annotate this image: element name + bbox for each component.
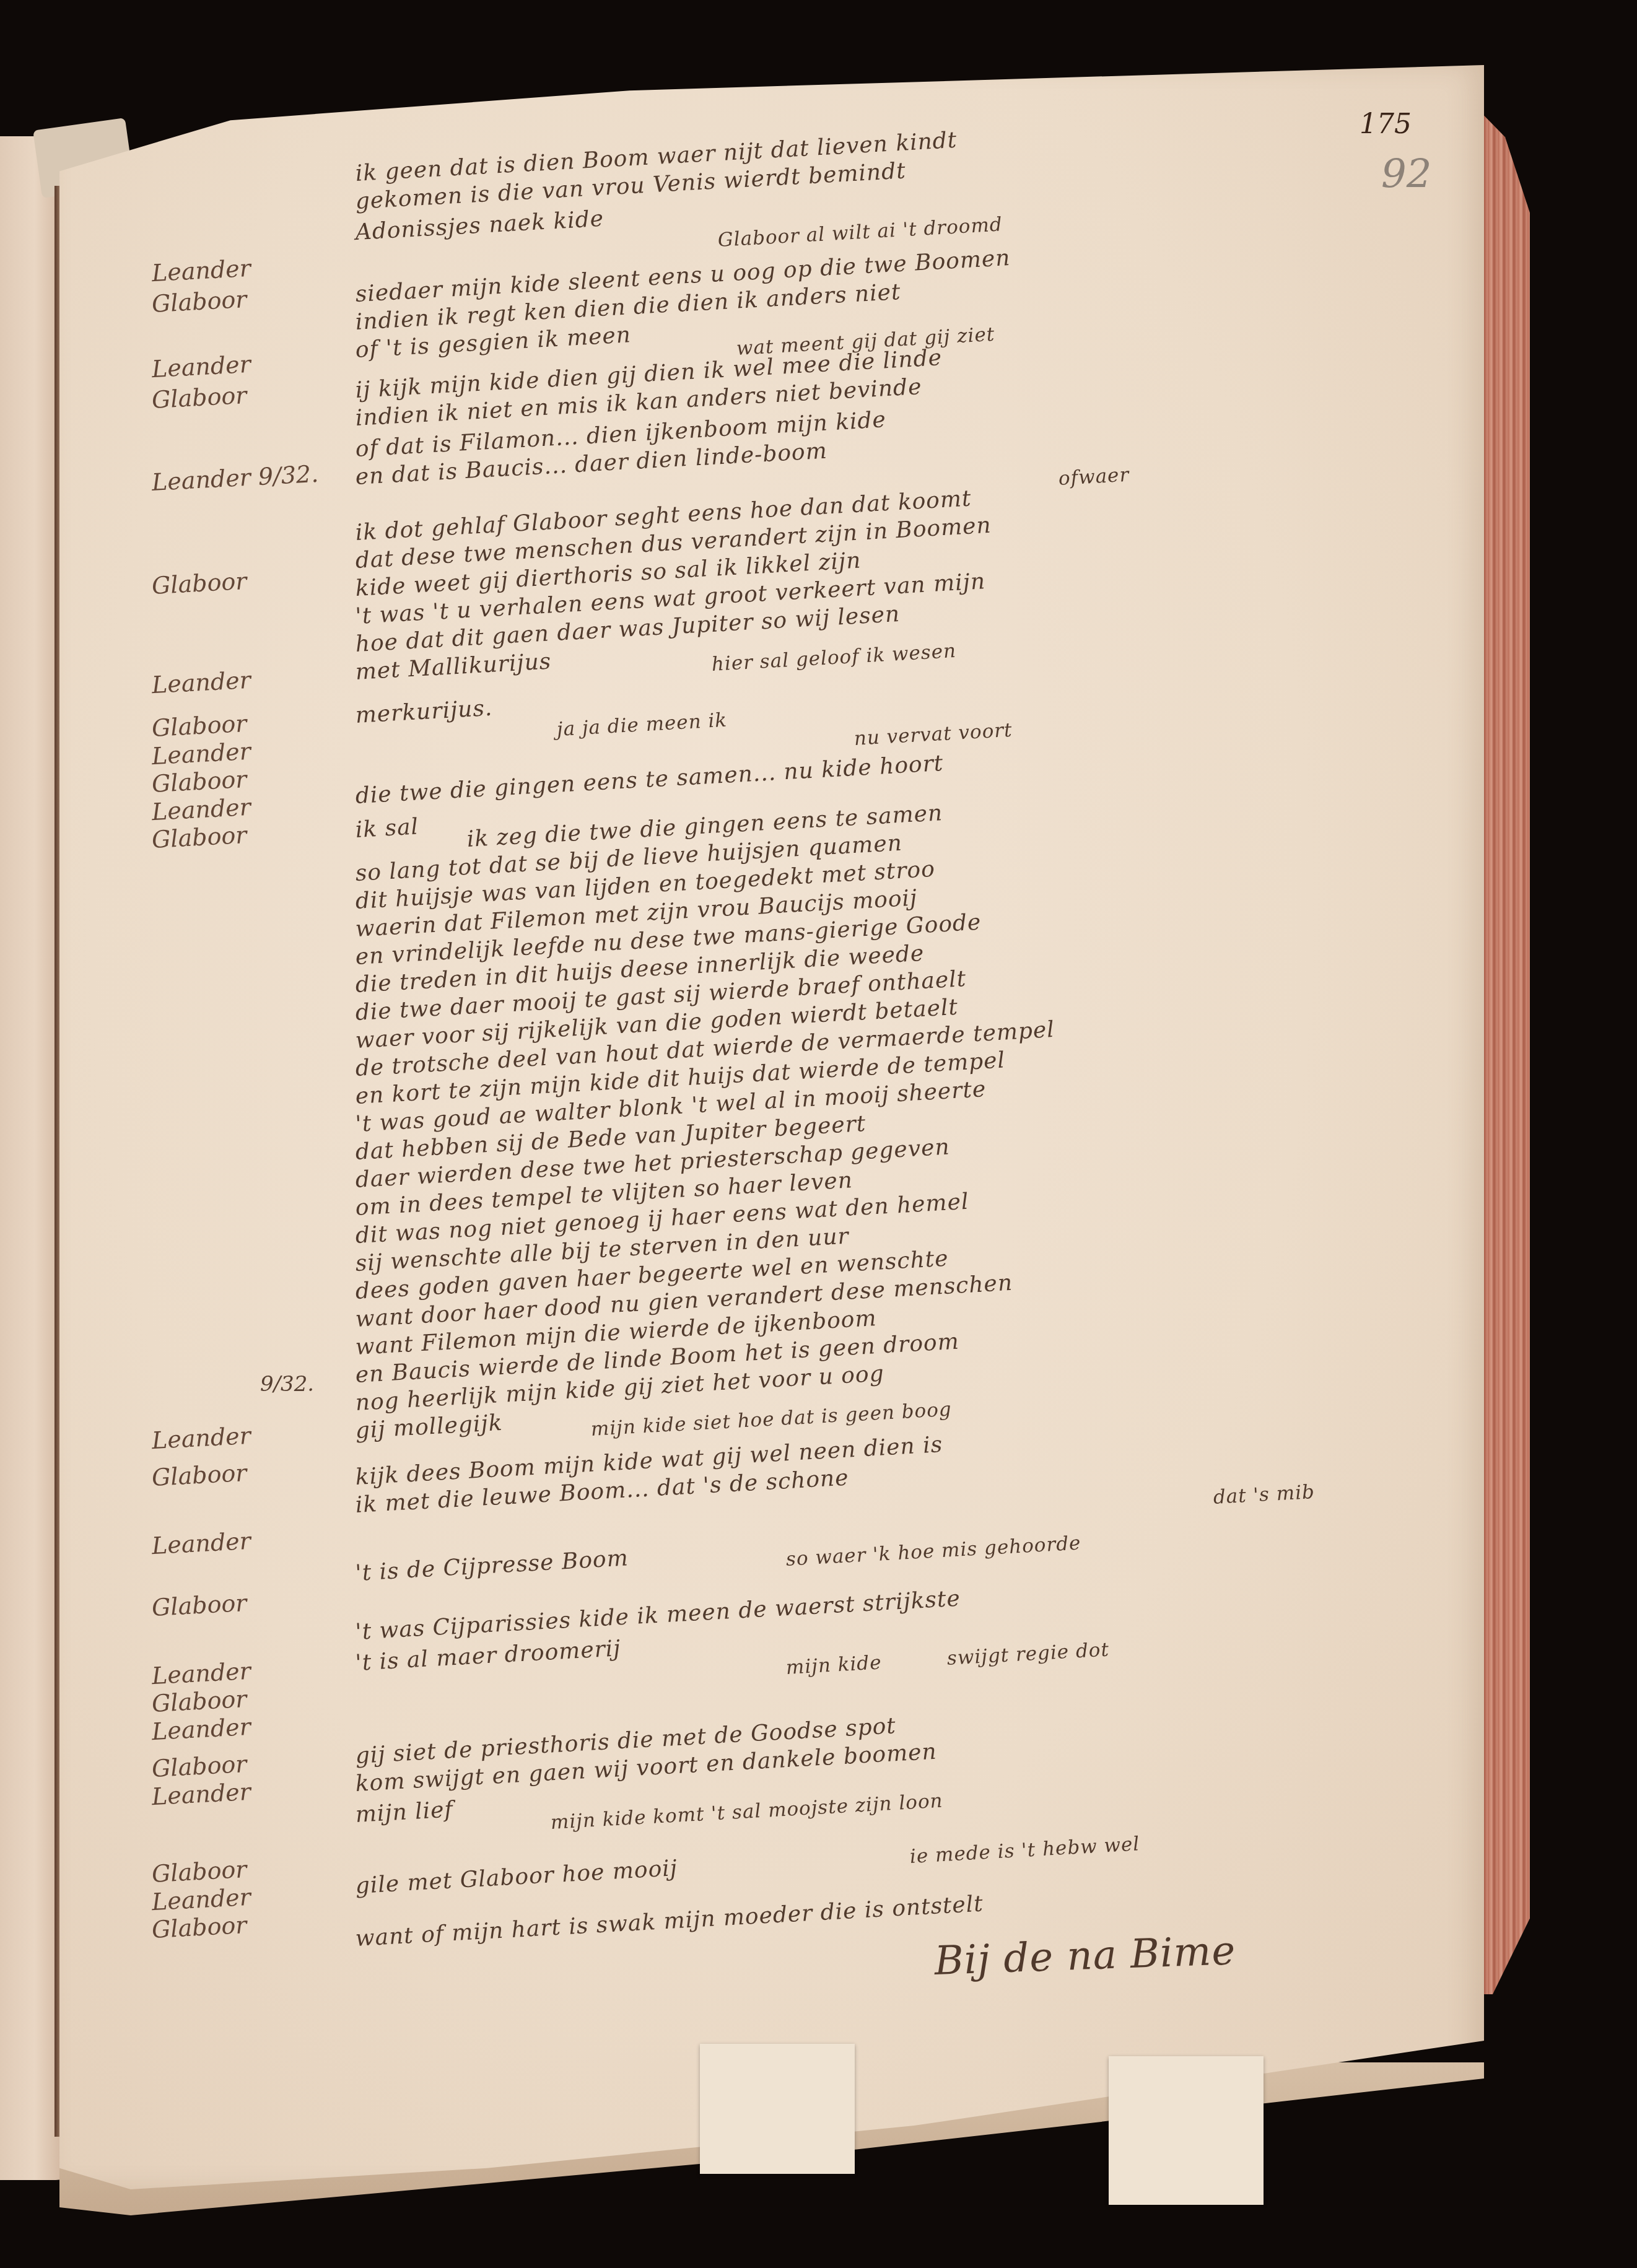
speaker-label: Leander (151, 1713, 251, 1745)
speaker-label: Glaboor (151, 1911, 248, 1943)
speaker-label: Glaboor (151, 765, 248, 798)
speaker-label: Glaboor (151, 1459, 248, 1491)
text-line: ofwaer (1058, 464, 1130, 490)
speaker-label: Glaboor (151, 710, 248, 742)
speaker-label: Leander (151, 1883, 251, 1916)
folio-number-pencil: 92 (1381, 152, 1431, 198)
paper-slip (700, 2044, 855, 2174)
paper-slip (1109, 2056, 1264, 2205)
speaker-label: Glaboor (151, 567, 248, 600)
speaker-label: Leander (151, 1778, 251, 1810)
speaker-label: Glaboor (151, 1856, 248, 1888)
text-line: ik sal (355, 814, 419, 843)
speaker-label: Glaboor (151, 821, 248, 853)
folio-number-ink: 175 (1360, 108, 1412, 140)
speaker-label: Leander (151, 738, 251, 770)
speaker-label: Glaboor (151, 1589, 248, 1621)
speaker-label: Leander (151, 793, 251, 826)
speaker-label: Leander (151, 255, 251, 287)
speaker-label: Glaboor (151, 382, 248, 414)
speaker-label: Leander (151, 666, 251, 699)
speaker-label: Leander (151, 1422, 251, 1454)
marginal-note: 9/32. (260, 1372, 314, 1397)
speaker-label: Leander (151, 351, 251, 383)
speaker-label: Leander (151, 1657, 251, 1690)
speaker-label: Glaboor (151, 1750, 248, 1782)
speaker-label: Glaboor (151, 286, 248, 318)
speaker-label: Leander (151, 1527, 251, 1559)
speaker-label: Glaboor (151, 1685, 248, 1717)
